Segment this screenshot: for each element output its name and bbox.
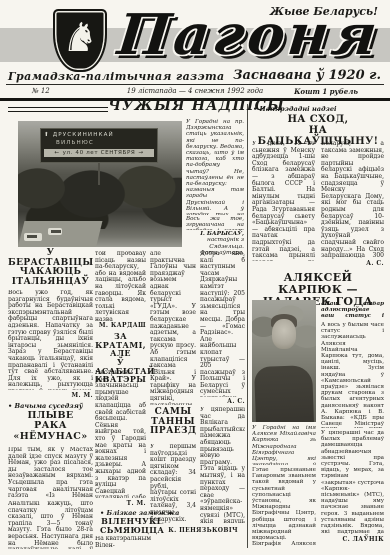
chuzhyja-lead: У Горадні на пр. Дзяржынскага стаіць ука… <box>186 119 244 215</box>
kraty-body: Нястрымны рост злачыннасьці прымушае люд… <box>95 370 146 498</box>
masthead-tagline: Грамадзка-палітычная газэта <box>8 70 225 83</box>
kraty-signature: Т. М. <box>95 500 146 507</box>
headline-line: ЗА КРАТАМІ, <box>95 332 146 349</box>
chuzhyja-signature: М. КАРДАШ <box>95 322 146 329</box>
berastavitsy-signature: М. М. <box>8 392 93 399</box>
transport-body: Добра яно, калі б наступным часам Дзяржа… <box>200 251 245 397</box>
sign-text-1: ДРУСКИНИНКАЙ <box>53 131 114 139</box>
niemunas-kicker: • Вачыма суседзяў <box>8 402 83 410</box>
left-arrow-icon: ← <box>54 149 59 157</box>
portrait-face <box>272 319 296 349</box>
headline-line: «НЁМУНАС» <box>8 432 93 442</box>
karpiuk-signature: С. ЛАЎНІК <box>321 536 384 543</box>
transport-signature: А. С. <box>200 398 245 405</box>
chuzhyja-headline: ЧУЖЫЯ НАДПІСЫ <box>108 99 246 114</box>
newspaper-front-page: Жыве Беларусь! ♞ Пагоня Грамадзка-паліты… <box>0 0 390 555</box>
shod-column-2: Беларусі, а таксама замежныя, не пройдзе… <box>321 141 384 259</box>
chuzhyja-continuation: той пробаваў пісаць назвы па-беларуску, … <box>95 251 146 321</box>
trees-foliage <box>18 159 182 229</box>
karpiuk-below-column-1: Гэтае прызнаньне Ганаровым званьнем тако… <box>252 467 316 547</box>
masthead-founded-note: Заснавана ў 1920 г. <box>233 68 381 83</box>
masthead-title: Пагоня <box>115 2 362 68</box>
karpiuk-below-column-2: У цяперашні час да былых праблемаў дамеш… <box>321 430 384 534</box>
headline-line: ПРАЕЗД <box>150 427 196 437</box>
headline-line: АЛЯКСЕЙ КАРПЮК — <box>252 272 384 296</box>
sign-row-1: ⬆ ДРУСКИНИНКАЙ <box>44 131 154 139</box>
chuzhyja-lead-2: Вось жа тое, згрувашчана на свабодзе і н… <box>186 216 244 230</box>
karpiuk-right-column: А вось у былым часе статус і заслужанась… <box>321 322 384 428</box>
car-shape <box>48 228 62 235</box>
karpiuk-quote: «Наш выбар адлюстроўвае ваш статус і зас… <box>321 301 384 321</box>
pahonia-knight-icon: ♞ <box>59 15 101 61</box>
vilenchuki-first-line: На кватэральным Вілен- <box>95 536 155 549</box>
sign-text-3: ул. 40 лет СЕНТЯБРЯ <box>63 149 136 157</box>
car-shape <box>24 233 42 241</box>
sign-row-3: ← ул. 40 лет СЕНТЯБРЯ → <box>44 149 154 157</box>
price-label: Кошт 1 рубель <box>294 87 358 96</box>
berastavitsy-body: Вось ужо год, як разгарнуліся будаўнічыя… <box>8 290 93 390</box>
author-name: І. БАРЫСАЎ, <box>200 231 244 237</box>
headline-flourish-rule <box>8 107 108 112</box>
masthead-info-row: № 12 19 лістапада — 4 снежня 1992 года К… <box>6 87 384 97</box>
shod-column-1: У днях 19—20 сьнежня ў Менску адбудзецца… <box>252 141 315 261</box>
headline-line: ІТАЛЬЯНЦАЎ <box>8 278 93 288</box>
karpiuk-portrait-photo <box>252 300 316 422</box>
niemunas-body-2: Аналітыкі кажуць, што спачатку літоўцам … <box>8 501 93 549</box>
tanny-headline: САМЫ ТАННЫ ПРАЕЗД <box>150 408 196 437</box>
niemunas-headline: ПЛЫВЕ РАКА «НЁМУНАС» <box>8 411 93 442</box>
street-sign-photo: ⬆ ДРУСКИНИНКАЙ ВИЛЬНЮС ← ул. 40 лет СЕНТ… <box>18 121 182 247</box>
up-arrow-icon: ⬆ <box>44 131 50 139</box>
berastavitsy-headline: У БЕРАСТАВІЦЫ ЧАКАЮЦЬ ІТАЛЬЯНЦАЎ <box>8 249 93 288</box>
author-note: настаўнік з Сядзельца. <box>207 237 244 249</box>
tanny-signature: К. ПЕНЯЗЬКОВІЧ <box>150 527 238 534</box>
sign-row-2: ВИЛЬНЮС <box>44 139 154 147</box>
headline-line: РАКА <box>8 421 93 431</box>
right-arrow-icon: → <box>138 149 143 157</box>
shod-kicker: • Напярэдадні надзеі <box>253 105 337 113</box>
pahonia-emblem: ♞ <box>53 9 107 72</box>
karpiuk-photo-caption: У Горадні на імя Аляксея Міхайлавіча Кар… <box>252 425 316 465</box>
portrait-torso <box>254 365 314 422</box>
sign-text-2: ВИЛЬНЮС <box>56 139 94 147</box>
transport-body-2: У цяперашні час да Вялікага прыбалтыйска… <box>200 407 245 523</box>
niemunas-body-1: Пры тым, як у Мастах далей ідзе спуск ма… <box>8 447 93 499</box>
masthead-divider-top <box>6 84 384 85</box>
tanny-body: У першым паўгодзьдзі кошт праезду цягнік… <box>150 444 196 524</box>
road-sign: ⬆ ДРУСКИНИНКАЙ ВИЛЬНЮС ← ул. 40 лет СЕНТ… <box>40 128 158 163</box>
tanny-pre-body: але практычна Галоўны чын праязджаў возь… <box>150 251 196 405</box>
shod-signature: А. С. <box>321 260 384 267</box>
sign-pole <box>98 163 100 185</box>
column-divider <box>247 104 248 548</box>
